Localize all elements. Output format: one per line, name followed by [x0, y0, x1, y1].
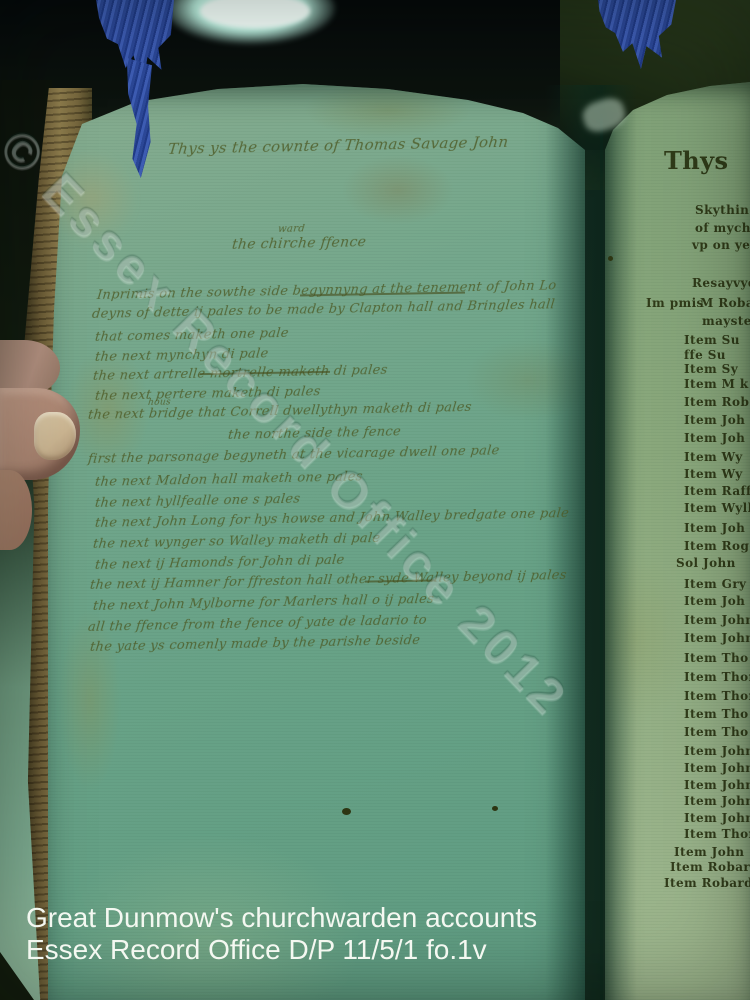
- caption: Great Dunmow's churchwarden accounts Ess…: [26, 902, 537, 966]
- ink-speck: [608, 256, 613, 261]
- gutter-fold-line: [600, 118, 603, 1000]
- hand-holding-page: [0, 330, 90, 560]
- ink-speck: [492, 806, 498, 811]
- finger: [0, 470, 32, 550]
- book-gutter-shadow: [545, 85, 637, 1000]
- caption-line1: Great Dunmow's churchwarden accounts: [26, 902, 537, 934]
- photo-of-manuscript: Thys ys the cownte of Thomas Savage John…: [0, 0, 750, 1000]
- ink-speck: [342, 808, 351, 815]
- caption-line2: Essex Record Office D/P 11/5/1 fo.1v: [26, 934, 537, 966]
